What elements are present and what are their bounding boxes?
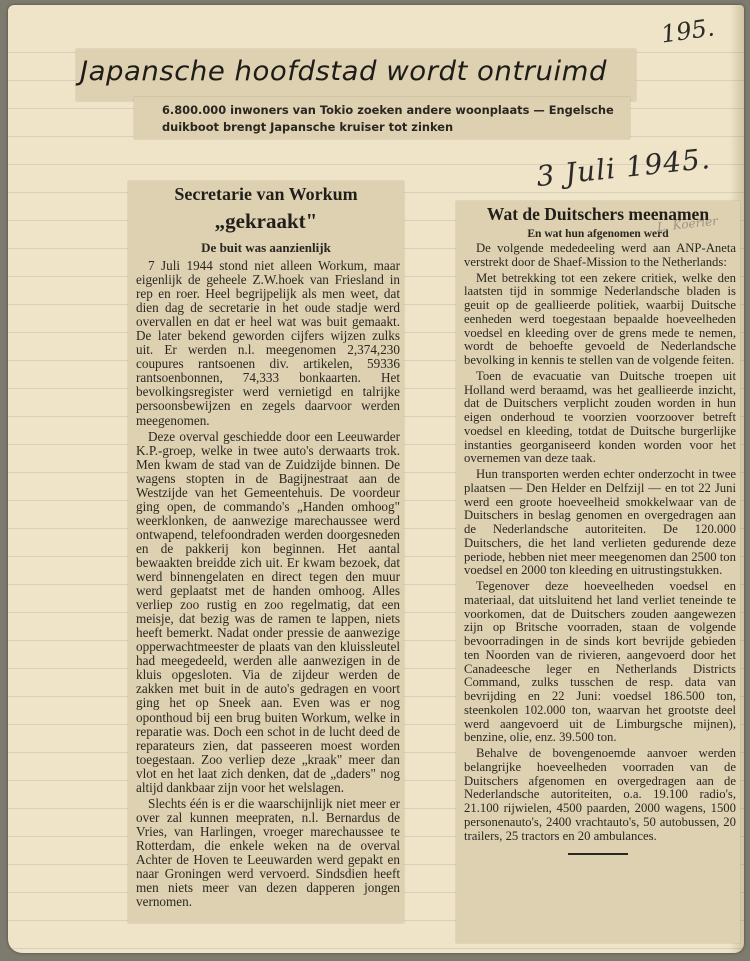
- article-subtitle: De buit was aanzienlijk: [128, 240, 404, 256]
- article-body: De volgende mededeeling werd aan ANP-Ane…: [456, 242, 740, 843]
- article-end-rule: [568, 853, 628, 855]
- scrapbook-page: 195. 3 Juli 1945. Japansche hoofdstad wo…: [8, 5, 744, 953]
- article-body: 7 Juli 1944 stond niet alleen Workum, ma…: [128, 259, 404, 909]
- article-paragraph: De volgende mededeeling werd aan ANP-Ane…: [464, 242, 736, 270]
- page-number: 195.: [659, 13, 716, 48]
- article-duitschers: L. Koerier Wat de Duitschers meenamen En…: [456, 201, 740, 943]
- article-paragraph: Deze overval geschiedde door een Leeuwar…: [136, 430, 400, 795]
- headline-clipping: Japansche hoofdstad wordt ontruimd: [76, 49, 636, 101]
- article-paragraph: Met betrekking tot een zekere critiek, w…: [464, 272, 736, 368]
- article-paragraph: Slechts één is er die waarschijnlijk nie…: [136, 797, 400, 909]
- article-paragraph: 7 Juli 1944 stond niet alleen Workum, ma…: [136, 259, 400, 428]
- handwritten-date: 3 Juli 1945.: [535, 142, 712, 193]
- article-title: Secretarie van Workum: [128, 183, 404, 205]
- article-paragraph: Behalve de bovengenoemde aanvoer werden …: [464, 747, 736, 843]
- article-paragraph: Tegenover deze hoeveelheden voedsel en m…: [464, 580, 736, 745]
- headline-title: Japansche hoofdstad wordt ontruimd: [80, 56, 607, 87]
- article-paragraph: Toen de evacuatie van Duitsche troepen u…: [464, 370, 736, 466]
- subheadline-clipping: 6.800.000 inwoners van Tokio zoeken ande…: [134, 97, 630, 139]
- headline-subtitle: 6.800.000 inwoners van Tokio zoeken ande…: [162, 102, 624, 136]
- article-paragraph: Hun transporten werden echter onderzocht…: [464, 468, 736, 578]
- article-title-line2: „gekraakt": [128, 208, 404, 234]
- article-workum: Secretarie van Workum „gekraakt" De buit…: [128, 181, 404, 923]
